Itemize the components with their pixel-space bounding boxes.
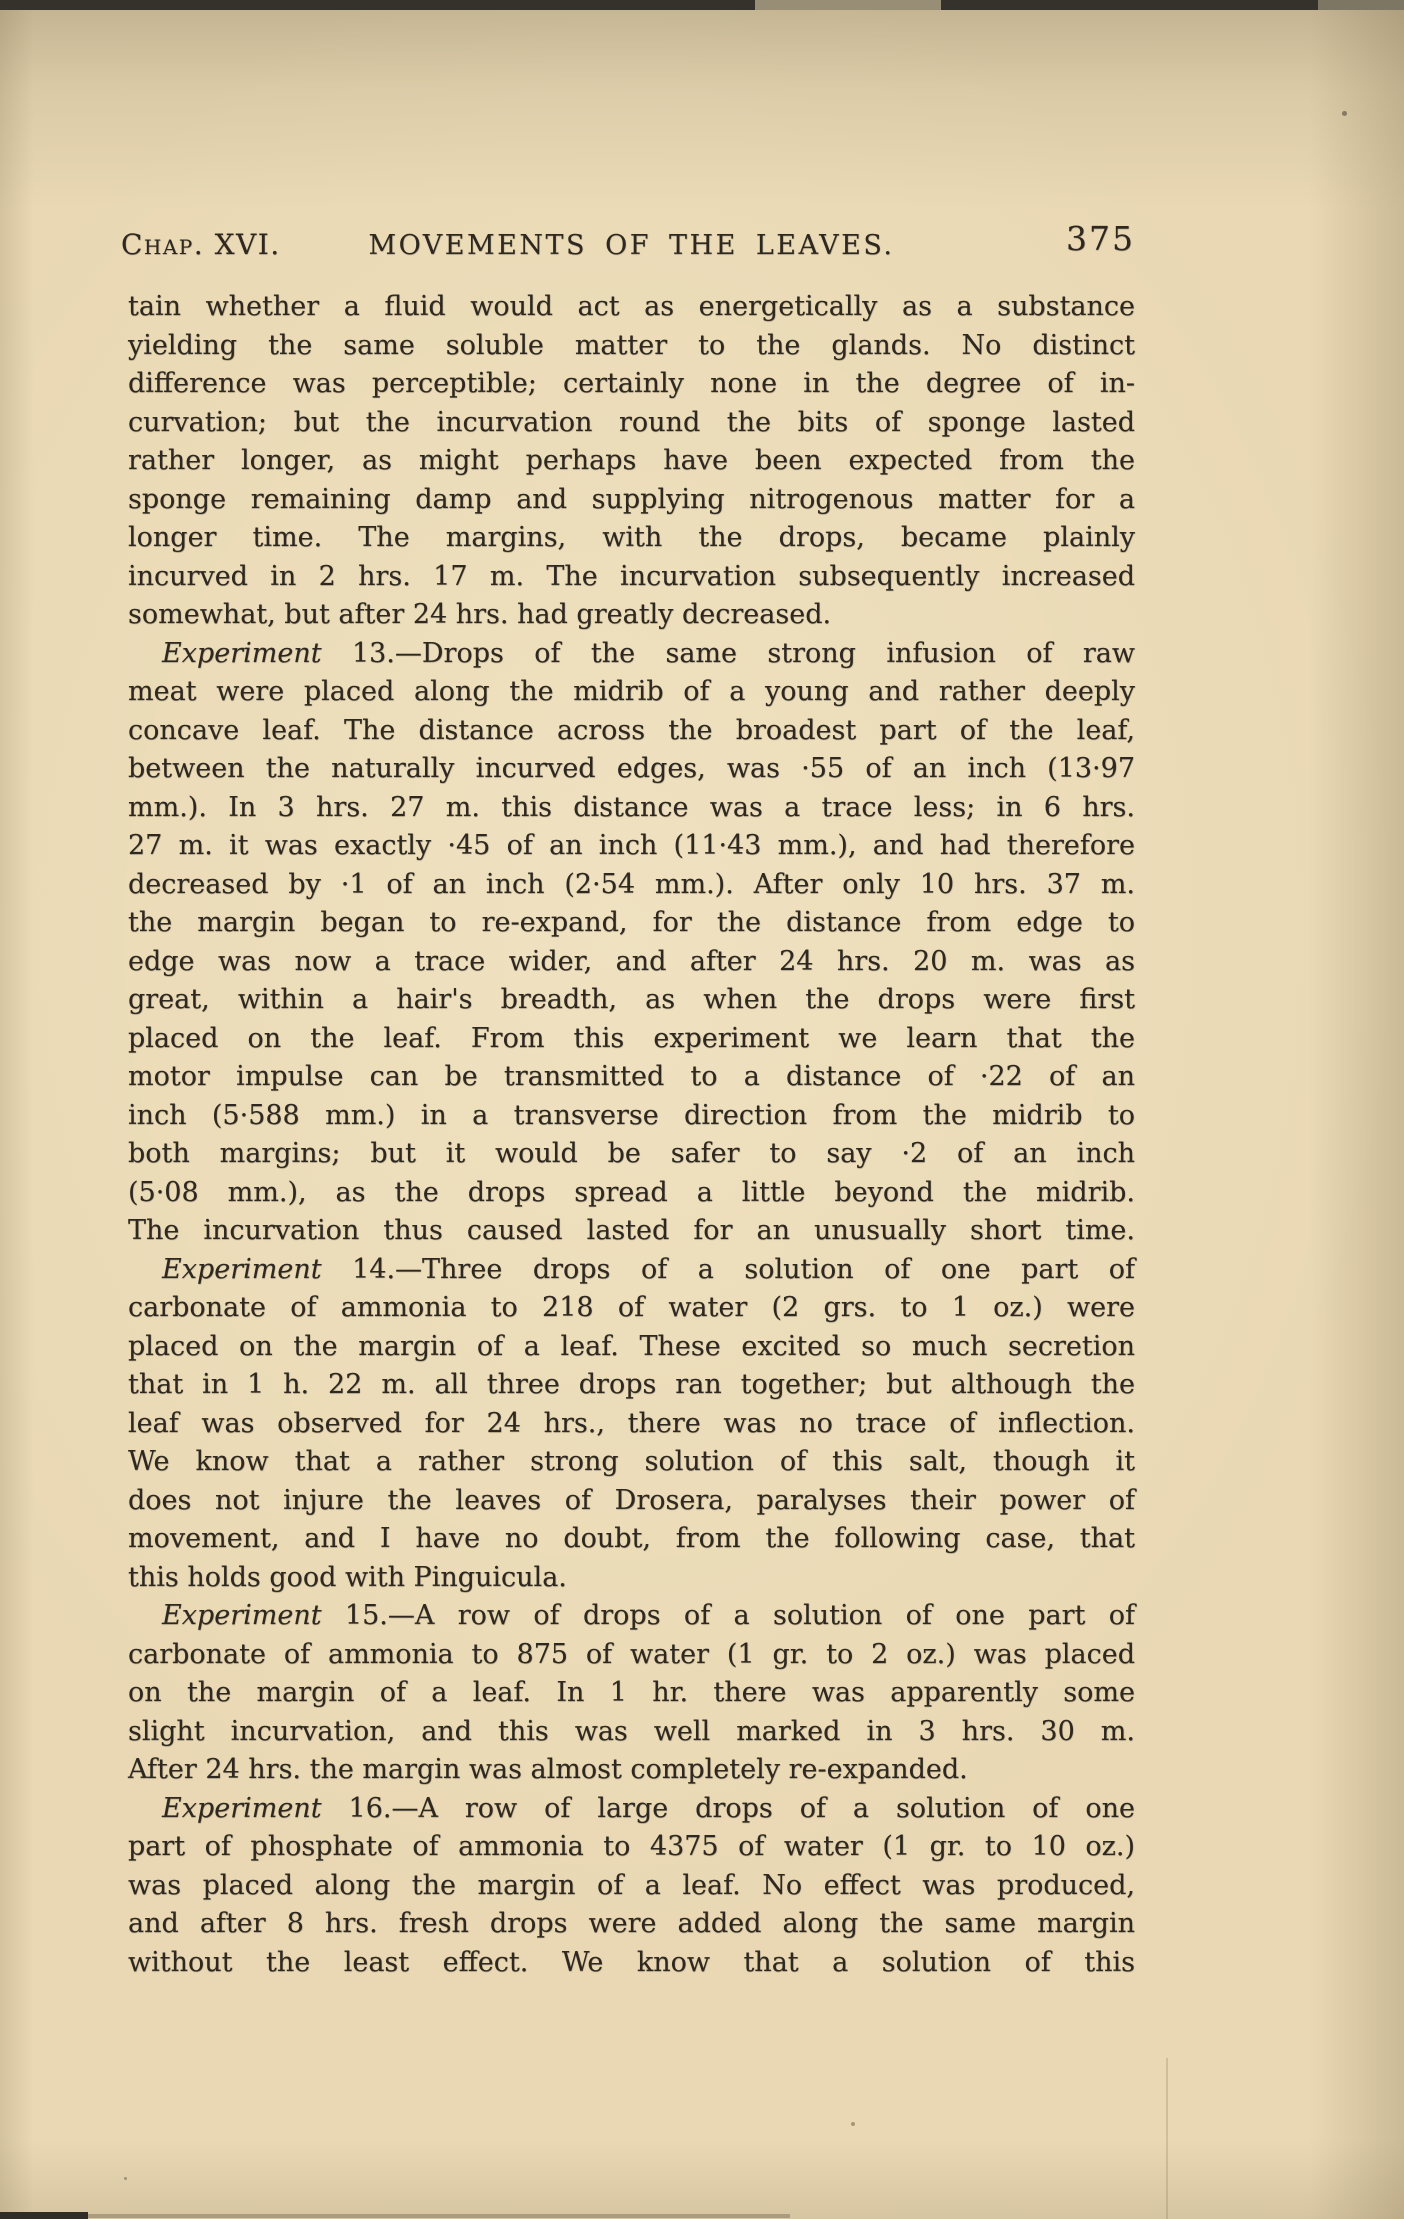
page-crease	[1166, 2058, 1168, 2219]
text-line: Experiment 16.—A row of large drops of a…	[128, 1790, 1135, 1829]
text-line: and after 8 hrs. fresh drops were added …	[128, 1905, 1135, 1944]
text-line: part of phosphate of ammonia to 4375 of …	[128, 1828, 1135, 1867]
text-segment: concave leaf. The distance across the br…	[128, 715, 1135, 746]
experiment-label: Experiment	[162, 1600, 322, 1631]
text-segment: carbonate of ammonia to 875 of water (1 …	[128, 1639, 1135, 1670]
scan-edge-bottom-line	[88, 2214, 790, 2218]
scan-edge-gap	[755, 0, 941, 10]
text-line: yielding the same soluble matter to the …	[128, 327, 1135, 366]
text-line: between the naturally incurved edges, wa…	[128, 750, 1135, 789]
text-line: (5·08 mm.), as the drops spread a little…	[128, 1174, 1135, 1213]
text-segment: yielding the same soluble matter to the …	[128, 330, 1135, 361]
text-line: mm.). In 3 hrs. 27 m. this distance was …	[128, 789, 1135, 828]
scan-edge-gap	[1318, 0, 1404, 10]
text-segment: slight incurvation, and this was well ma…	[128, 1716, 1135, 1747]
text-segment: both margins; but it would be safer to s…	[128, 1138, 1135, 1169]
text-segment: great, within a hair's breadth, as when …	[128, 984, 1135, 1015]
text-segment: 16.—A row of large drops of a solution o…	[322, 1793, 1135, 1824]
text-line: placed on the margin of a leaf. These ex…	[128, 1328, 1135, 1367]
running-title: MOVEMENTS OF THE LEAVES.	[128, 223, 1135, 269]
text-segment: that in 1 h. 22 m. all three drops ran t…	[128, 1369, 1135, 1400]
text-line: incurved in 2 hrs. 17 m. The incurvation…	[128, 558, 1135, 597]
paper-speck	[851, 2122, 855, 2126]
text-segment: was placed along the margin of a leaf. N…	[128, 1870, 1135, 1901]
text-line: without the least effect. We know that a…	[128, 1944, 1135, 1983]
text-segment: 13.—Drops of the same strong infusion of…	[322, 638, 1135, 669]
text-line: that in 1 h. 22 m. all three drops ran t…	[128, 1366, 1135, 1405]
text-segment: placed on the leaf. From this experiment…	[128, 1023, 1135, 1054]
text-line: difference was perceptible; certainly no…	[128, 365, 1135, 404]
text-line: rather longer, as might perhaps have bee…	[128, 442, 1135, 481]
paper-speck	[1342, 111, 1347, 116]
text-segment: somewhat, but after 24 hrs. had greatly …	[128, 599, 831, 630]
text-segment: without the least effect. We know that a…	[128, 1947, 1135, 1978]
text-line: leaf was observed for 24 hrs., there was…	[128, 1405, 1135, 1444]
text-segment: rather longer, as might perhaps have bee…	[128, 445, 1135, 476]
text-line: Experiment 15.—A row of drops of a solut…	[128, 1597, 1135, 1636]
text-line: does not injure the leaves of Drosera, p…	[128, 1482, 1135, 1521]
text-segment: leaf was observed for 24 hrs., there was…	[128, 1408, 1135, 1439]
text-line: carbonate of ammonia to 218 of water (2 …	[128, 1289, 1135, 1328]
text-line: carbonate of ammonia to 875 of water (1 …	[128, 1636, 1135, 1675]
text-segment: tain whether a fluid would act as energe…	[128, 291, 1135, 322]
text-line: The incurvation thus caused lasted for a…	[128, 1212, 1135, 1251]
text-segment: longer time. The margins, with the drops…	[128, 522, 1135, 553]
text-line: the margin began to re-expand, for the d…	[128, 904, 1135, 943]
text-line: decreased by ·1 of an inch (2·54 mm.). A…	[128, 866, 1135, 905]
text-segment: the margin began to re-expand, for the d…	[128, 907, 1135, 938]
text-line: sponge remaining damp and supplying nitr…	[128, 481, 1135, 520]
text-line: somewhat, but after 24 hrs. had greatly …	[128, 596, 1135, 635]
experiment-label: Experiment	[162, 1793, 322, 1824]
text-segment: meat were placed along the midrib of a y…	[128, 676, 1135, 707]
text-segment: motor impulse can be transmitted to a di…	[128, 1061, 1135, 1092]
text-segment: this holds good with Pinguicula.	[128, 1562, 567, 1593]
text-segment: difference was perceptible; certainly no…	[128, 368, 1135, 399]
text-segment: movement, and I have no doubt, from the …	[128, 1523, 1135, 1554]
text-line: edge was now a trace wider, and after 24…	[128, 943, 1135, 982]
text-segment: edge was now a trace wider, and after 24…	[128, 946, 1135, 977]
text-line: Experiment 14.—Three drops of a solution…	[128, 1251, 1135, 1290]
text-line: longer time. The margins, with the drops…	[128, 519, 1135, 558]
scan-edge-bottom-left	[0, 2212, 88, 2219]
text-segment: sponge remaining damp and supplying nitr…	[128, 484, 1135, 515]
text-segment: (5·08 mm.), as the drops spread a little…	[128, 1177, 1135, 1208]
text-segment: 14.—Three drops of a solution of one par…	[322, 1254, 1135, 1285]
text-line: was placed along the margin of a leaf. N…	[128, 1867, 1135, 1906]
book-page-scan: Chap. XVI. MOVEMENTS OF THE LEAVES. 375 …	[0, 0, 1404, 2219]
text-line: placed on the leaf. From this experiment…	[128, 1020, 1135, 1059]
text-segment: carbonate of ammonia to 218 of water (2 …	[128, 1292, 1135, 1323]
text-line: great, within a hair's breadth, as when …	[128, 981, 1135, 1020]
text-segment: curvation; but the incurvation round the…	[128, 407, 1135, 438]
text-line: Experiment 13.—Drops of the same strong …	[128, 635, 1135, 674]
text-segment: The incurvation thus caused lasted for a…	[128, 1215, 1135, 1246]
text-segment: 15.—A row of drops of a solution of one …	[322, 1600, 1135, 1631]
text-line: We know that a rather strong solution of…	[128, 1443, 1135, 1482]
text-line: 27 m. it was exactly ·45 of an inch (11·…	[128, 827, 1135, 866]
text-segment: decreased by ·1 of an inch (2·54 mm.). A…	[128, 869, 1135, 900]
experiment-label: Experiment	[162, 638, 322, 669]
text-segment: After 24 hrs. the margin was almost comp…	[128, 1754, 968, 1785]
text-segment: does not injure the leaves of Drosera, p…	[128, 1485, 1135, 1516]
text-line: meat were placed along the midrib of a y…	[128, 673, 1135, 712]
text-line: concave leaf. The distance across the br…	[128, 712, 1135, 751]
text-segment: between the naturally incurved edges, wa…	[128, 753, 1135, 784]
text-segment: 27 m. it was exactly ·45 of an inch (11·…	[128, 830, 1135, 861]
text-segment: part of phosphate of ammonia to 4375 of …	[128, 1831, 1135, 1862]
text-segment: inch (5·588 mm.) in a transverse directi…	[128, 1100, 1135, 1131]
text-segment: and after 8 hrs. fresh drops were added …	[128, 1908, 1135, 1939]
scan-edge-top	[0, 0, 1404, 10]
text-line: this holds good with Pinguicula.	[128, 1559, 1135, 1598]
text-line: movement, and I have no doubt, from the …	[128, 1520, 1135, 1559]
text-line: on the margin of a leaf. In 1 hr. there …	[128, 1674, 1135, 1713]
text-line: both margins; but it would be safer to s…	[128, 1135, 1135, 1174]
text-line: curvation; but the incurvation round the…	[128, 404, 1135, 443]
text-segment: mm.). In 3 hrs. 27 m. this distance was …	[128, 792, 1135, 823]
text-line: inch (5·588 mm.) in a transverse directi…	[128, 1097, 1135, 1136]
text-line: motor impulse can be transmitted to a di…	[128, 1058, 1135, 1097]
text-block: tain whether a fluid would act as energe…	[128, 288, 1135, 1982]
experiment-label: Experiment	[162, 1254, 322, 1285]
text-segment: incurved in 2 hrs. 17 m. The incurvation…	[128, 561, 1135, 592]
text-segment: placed on the margin of a leaf. These ex…	[128, 1331, 1135, 1362]
text-line: After 24 hrs. the margin was almost comp…	[128, 1751, 1135, 1790]
paper-speck	[124, 2177, 127, 2180]
text-line: tain whether a fluid would act as energe…	[128, 288, 1135, 327]
text-segment: on the margin of a leaf. In 1 hr. there …	[128, 1677, 1135, 1708]
text-line: slight incurvation, and this was well ma…	[128, 1713, 1135, 1752]
text-segment: We know that a rather strong solution of…	[128, 1446, 1135, 1477]
page-number: 375	[1040, 216, 1135, 262]
